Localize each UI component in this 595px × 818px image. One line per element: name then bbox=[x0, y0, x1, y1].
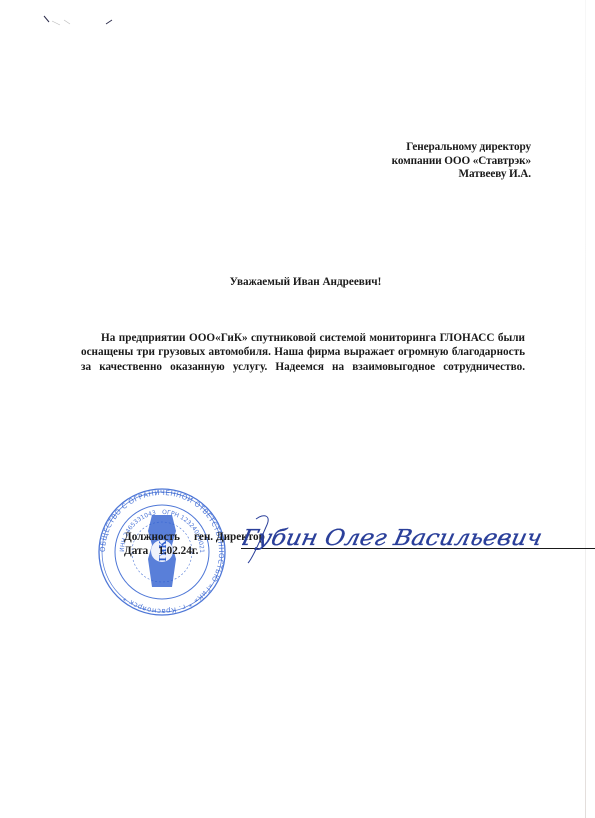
letter-body: На предприятии ООО«ГиК» спутниковой сист… bbox=[81, 331, 525, 374]
date-line: Дата1.02.24г. bbox=[124, 545, 198, 557]
addressee-block: Генеральному директору компании ООО «Ста… bbox=[392, 141, 531, 182]
letter-page: Генеральному директору компании ООО «Ста… bbox=[0, 0, 595, 818]
date-label: Дата bbox=[124, 545, 148, 557]
handwritten-signature: Губин Олег Васильевич bbox=[242, 509, 562, 565]
salutation: Уважаемый Иван Андреевич! bbox=[0, 276, 595, 288]
scan-artifact-marks bbox=[40, 8, 140, 28]
signature-block: Должностьген. Директор Дата1.02.24г. Губ… bbox=[124, 523, 544, 573]
body-paragraph: На предприятии ООО«ГиК» спутниковой сист… bbox=[81, 331, 525, 374]
addressee-line-company: компании ООО «Ставтрэк» bbox=[392, 155, 531, 169]
scan-edge-line bbox=[585, 0, 586, 818]
position-value-short: ген. bbox=[194, 531, 213, 543]
signature-text: Губин Олег Васильевич bbox=[242, 525, 545, 551]
date-value: 1.02.24г. bbox=[158, 545, 198, 557]
addressee-line-name: Матвееву И.А. bbox=[392, 168, 531, 182]
addressee-line-title: Генеральному директору bbox=[392, 141, 531, 155]
position-label: Должность bbox=[124, 531, 180, 543]
